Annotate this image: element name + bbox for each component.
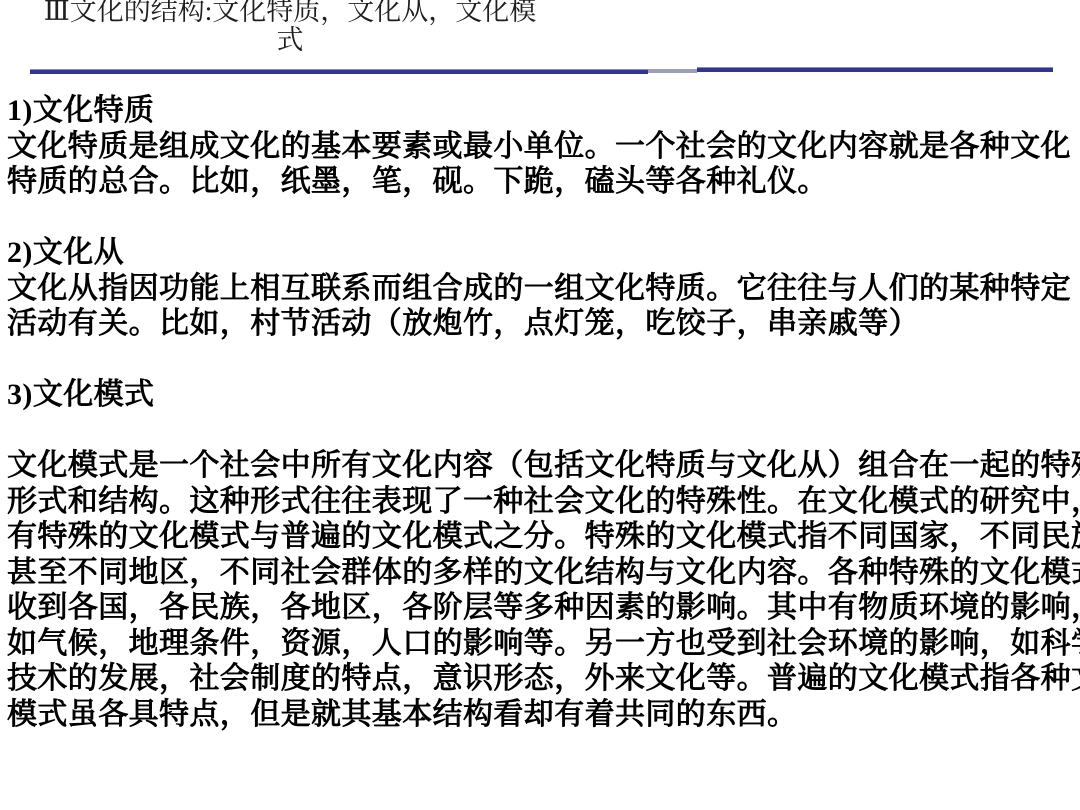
section-3-text-line: 甚至不同地区，不同社会群体的多样的文化结构与文化内容。各种特殊的文化模式	[7, 555, 1080, 591]
blank-line	[7, 342, 1080, 378]
section-1-text-line: 文化特质是组成文化的基本要素或最小单位。一个社会的文化内容就是各种文化	[7, 129, 1080, 165]
section-3-text-line: 收到各国，各民族，各地区，各阶层等多种因素的影响。其中有物质环境的影响，	[7, 590, 1080, 626]
section-3-text-line: 文化模式是一个社会中所有文化内容（包括文化特质与文化从）组合在一起的特殊	[7, 448, 1080, 484]
slide-title-line-2: 式	[30, 26, 550, 55]
section-3-heading: 3)文化模式	[7, 377, 1080, 413]
section-3-text-line: 形式和结构。这种形式往往表现了一种社会文化的特殊性。在文化模式的研究中，	[7, 484, 1080, 520]
title-divider-overlap	[648, 69, 697, 73]
slide-title: Ⅲ文化的结构:文化特质，文化从，文化模 式	[30, 0, 550, 55]
section-3-text-line: 技术的发展，社会制度的特点，意识形态，外来文化等。普遍的文化模式指各种文	[7, 661, 1080, 697]
slide-body: 1)文化特质 文化特质是组成文化的基本要素或最小单位。一个社会的文化内容就是各种…	[7, 93, 1080, 732]
section-3-text-line: 如气候，地理条件，资源，人口的影响等。另一方也受到社会环境的影响，如科学	[7, 626, 1080, 662]
section-3-text-line: 有特殊的文化模式与普遍的文化模式之分。特殊的文化模式指不同国家，不同民族	[7, 519, 1080, 555]
presentation-slide: Ⅲ文化的结构:文化特质，文化从，文化模 式 1)文化特质 文化特质是组成文化的基…	[0, 0, 1080, 810]
section-3-text-line: 模式虽各具特点，但是就其基本结构看却有着共同的东西。	[7, 697, 1080, 733]
slide-title-line-1: Ⅲ文化的结构:文化特质，文化从，文化模	[30, 0, 550, 26]
blank-line	[7, 200, 1080, 236]
section-2-heading: 2)文化从	[7, 235, 1080, 271]
blank-line	[7, 413, 1080, 449]
section-2-text-line: 文化从指因功能上相互联系而组合成的一组文化特质。它往往与人们的某种特定	[7, 271, 1080, 307]
title-divider-right-segment	[697, 67, 1053, 72]
section-2-text-line: 活动有关。比如，村节活动（放炮竹，点灯笼，吃饺子，串亲戚等）	[7, 306, 1080, 342]
section-1-text-line: 特质的总合。比如，纸墨，笔，砚。下跪，磕头等各种礼仪。	[7, 164, 1080, 200]
title-divider-left-segment	[30, 69, 648, 74]
section-1-heading: 1)文化特质	[7, 93, 1080, 129]
